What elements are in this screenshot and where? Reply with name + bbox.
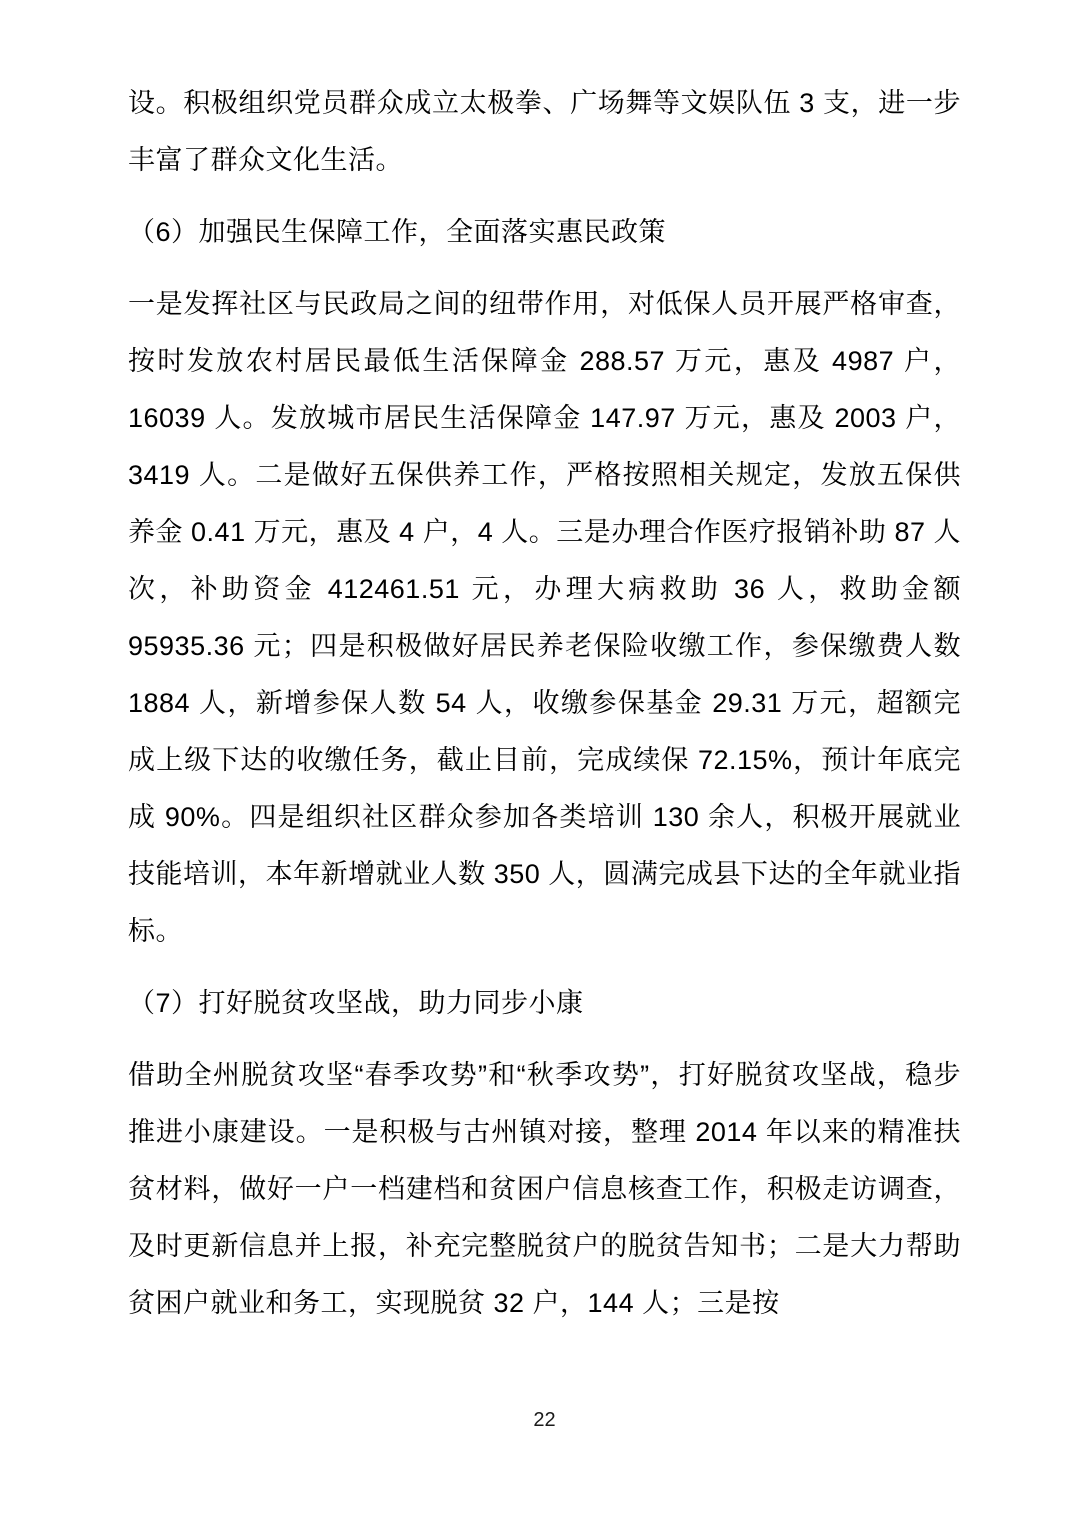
heading-section-6-livelihood-policy: （6）加强民生保障工作，全面落实惠民政策: [128, 204, 961, 261]
paragraph-culture-teams: 设。积极组织党员群众成立太极拳、广场舞等文娱队伍 3 支，进一步丰富了群众文化生…: [128, 75, 961, 189]
document-page: 设。积极组织党员群众成立太极拳、广场舞等文娱队伍 3 支，进一步丰富了群众文化生…: [0, 0, 1075, 1519]
paragraph-livelihood-security-details: 一是发挥社区与民政局之间的纽带作用，对低保人员开展严格审查，按时发放农村居民最低…: [128, 276, 961, 960]
page-number: 22: [128, 1405, 961, 1435]
paragraph-poverty-alleviation-details: 借助全州脱贫攻坚“春季攻势”和“秋季攻势”，打好脱贫攻坚战，稳步推进小康建设。一…: [128, 1047, 961, 1332]
heading-section-7-poverty-alleviation: （7）打好脱贫攻坚战，助力同步小康: [128, 975, 961, 1032]
